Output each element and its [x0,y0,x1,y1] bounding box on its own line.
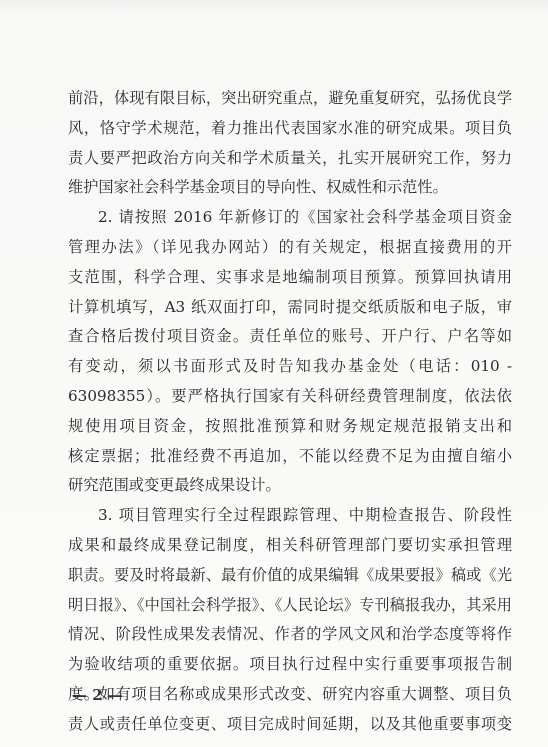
text-line: 度。如有项目名称或成果形式改变、研究内容重大调整、项目负 [68,680,512,710]
text-line: 查合格后拨付项目资金。责任单位的账号、开户行、户名等如 [68,322,512,352]
text-line: 责人要严把政治方向关和学术质量关，扎实开展研究工作，努力 [68,144,512,174]
text-line: 计算机填写，A3 纸双面打印，需同时提交纸质版和电子版，审 [68,293,512,323]
text-line: 63098355）。要严格执行国家有关科研经费管理制度，依法依 [68,382,512,412]
text-line: 规使用项目资金，按照批准预算和财务规定规范报销支出和 [68,412,512,442]
text-line: 风，恪守学术规范，着力推出代表国家水准的研究成果。项目负 [68,114,512,144]
document-body: 前沿，体现有限目标，突出研究重点，避免重复研究，弘扬优良学 风，恪守学术规范，着… [68,84,512,740]
text-line: 为验收结项的重要依据。项目执行过程中实行重要事项报告制 [68,650,512,680]
text-line: 研究范围或变更最终成果设计。 [68,471,512,501]
text-line: 责人或责任单位变更、项目完成时间延期，以及其他重要事项变 [68,710,512,740]
text-line: 支范围，科学合理、实事求是地编制项目预算。预算回执请用 [68,263,512,293]
paragraph-3-start: 3. 项目管理实行全过程跟踪管理、中期检查报告、阶段性 [68,501,512,531]
document-page: 前沿，体现有限目标，突出研究重点，避免重复研究，弘扬优良学 风，恪守学术规范，着… [0,0,548,747]
text-line: 维护国家社会科学基金项目的导向性、权威性和示范性。 [68,173,512,203]
text-line: 职责。要及时将最新、最有价值的成果编辑《成果要报》稿或《光 [68,561,512,591]
text-line: 成果和最终成果登记制度，相关科研管理部门要切实承担管理 [68,531,512,561]
paragraph-2-start: 2. 请按照 2016 年新修订的《国家社会科学基金项目资金 [68,203,512,233]
text-line: 管理办法》（详见我办网站）的有关规定，根据直接费用的开 [68,233,512,263]
text-line: 明日报》、《中国社会科学报》、《人民论坛》专刊稿报我办，其采用 [68,591,512,621]
text-line: 前沿，体现有限目标，突出研究重点，避免重复研究，弘扬优良学 [68,84,512,114]
text-line: 核定票据；批准经费不再追加，不能以经费不足为由擅自缩小 [68,442,512,472]
text-line: 有变动，须以书面形式及时告知我办基金处（电话：010 - [68,352,512,382]
page-number: — 2 — [72,684,123,706]
text-line: 情况、阶段性成果发表情况、作者的学风文风和治学态度等将作 [68,620,512,650]
